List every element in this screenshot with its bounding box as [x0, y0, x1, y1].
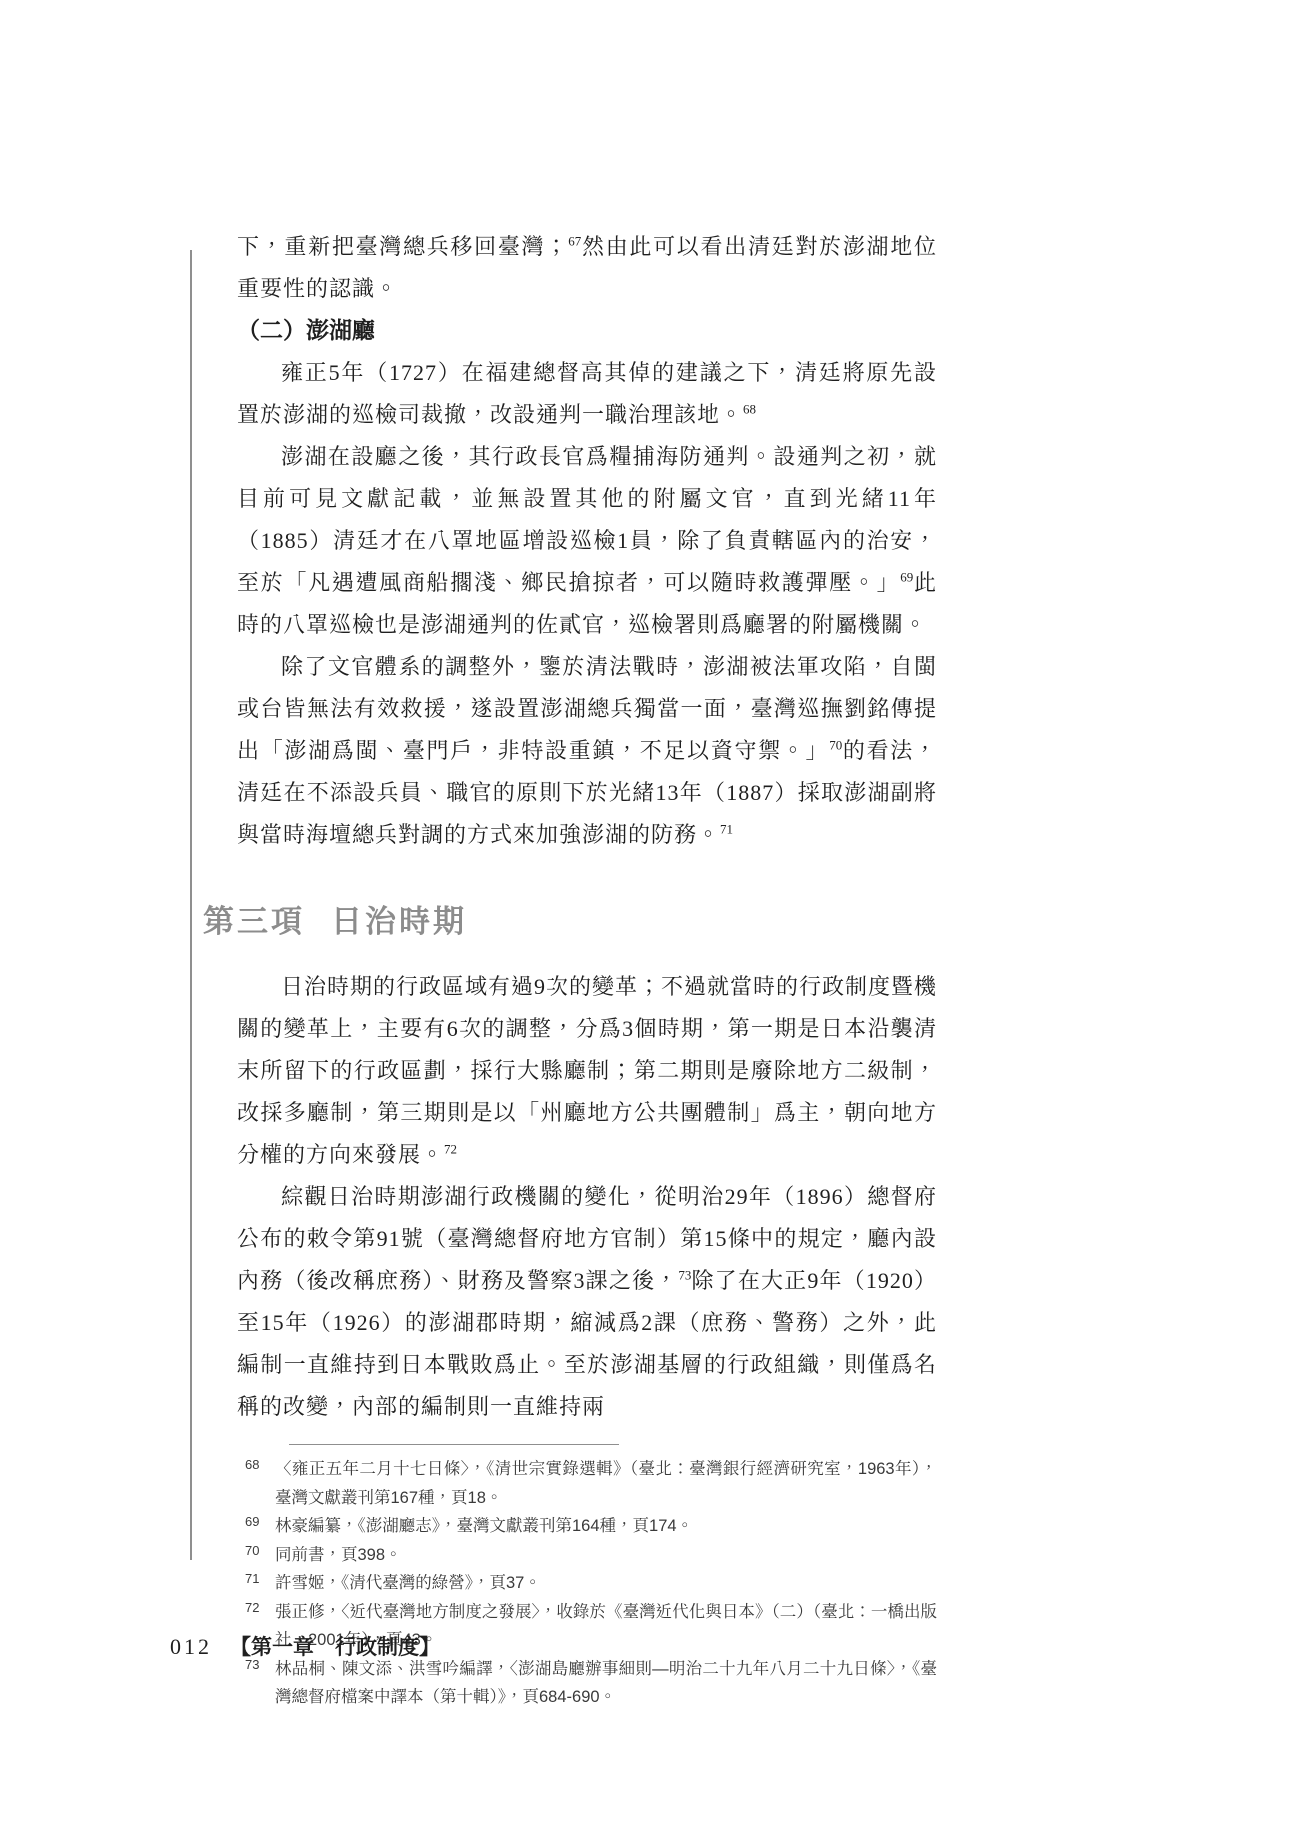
footnote-ref: 69: [900, 570, 913, 585]
book-page: 下，重新把臺灣總兵移回臺灣；67然由此可以看出清廷對於澎湖地位重要性的認識。（二…: [0, 0, 1300, 1838]
body-paragraph: 雍正5年（1727）在福建總督高其倬的建議之下，清廷將原先設置於澎湖的巡檢司裁撤…: [237, 352, 937, 436]
footnote-text: 〈雍正五年二月十七日條〉，《清世宗實錄選輯》（臺北：臺灣銀行經濟研究室，1963…: [275, 1460, 937, 1507]
footnote-text: 林品桐、陳文添、洪雪吟編譯，〈澎湖島廳辦事細則—明治二十九年八月二十九日條〉，《…: [275, 1660, 937, 1707]
footnote-text: 同前書，頁398。: [275, 1546, 402, 1564]
footnote: 68〈雍正五年二月十七日條〉，《清世宗實錄選輯》（臺北：臺灣銀行經濟研究室，19…: [245, 1455, 937, 1512]
footnote-ref: 71: [720, 822, 733, 837]
footnote-number: 72: [245, 1594, 259, 1623]
subsection-heading: （二）澎湖廳: [237, 310, 937, 352]
qing-section: 下，重新把臺灣總兵移回臺灣；67然由此可以看出清廷對於澎湖地位重要性的認識。（二…: [237, 226, 937, 856]
footnote-list: 68〈雍正五年二月十七日條〉，《清世宗實錄選輯》（臺北：臺灣銀行經濟研究室，19…: [245, 1455, 937, 1712]
footnote-ref: 67: [568, 234, 581, 249]
body-paragraph: 除了文官體系的調整外，鑒於清法戰時，澎湖被法軍攻陷，自閩或台皆無法有效救援，遂設…: [237, 646, 937, 856]
section-heading-title: 日治時期: [331, 904, 467, 939]
footnote-text: 林豪編纂，《澎湖廳志》，臺灣文獻叢刊第164種，頁174。: [275, 1517, 693, 1535]
footnote-ref: 68: [743, 402, 756, 417]
body-paragraph: 澎湖在設廳之後，其行政長官爲糧捕海防通判。設通判之初，就目前可見文獻記載，並無設…: [237, 436, 937, 646]
page-number: 012: [170, 1634, 212, 1659]
footnote: 70同前書，頁398。: [245, 1541, 937, 1570]
page-footer: 012【第一章 行政制度】: [170, 1632, 440, 1662]
footnote: 71許雪姬，《清代臺灣的綠營》，頁37。: [245, 1569, 937, 1598]
body-paragraph: 綜觀日治時期澎湖行政機關的變化，從明治29年（1896）總督府公布的敕令第91號…: [237, 1176, 937, 1428]
footnote-number: 71: [245, 1565, 259, 1594]
footnote-ref: 73: [678, 1268, 691, 1283]
margin-rule: [190, 250, 192, 1560]
body-paragraph: 下，重新把臺灣總兵移回臺灣；67然由此可以看出清廷對於澎湖地位重要性的認識。: [237, 226, 937, 310]
footnote-number: 69: [245, 1508, 259, 1537]
chapter-title: 【第一章 行政制度】: [230, 1635, 440, 1659]
footnote-separator: [289, 1444, 619, 1445]
body-paragraph: 日治時期的行政區域有過9次的變革；不過就當時的行政制度暨機關的變革上，主要有6次…: [237, 966, 937, 1176]
footnote: 69林豪編纂，《澎湖廳志》，臺灣文獻叢刊第164種，頁174。: [245, 1512, 937, 1541]
main-text-column: 下，重新把臺灣總兵移回臺灣；67然由此可以看出清廷對於澎湖地位重要性的認識。（二…: [237, 226, 937, 1712]
footnote-number: 68: [245, 1451, 259, 1480]
footnote-text: 許雪姬，《清代臺灣的綠營》，頁37。: [275, 1574, 541, 1592]
footnote-ref: 70: [829, 738, 842, 753]
section-heading-label: 第三項: [203, 904, 305, 939]
footnote-number: 70: [245, 1537, 259, 1566]
japanese-section: 日治時期的行政區域有過9次的變革；不過就當時的行政制度暨機關的變革上，主要有6次…: [237, 966, 937, 1428]
footnote-ref: 72: [444, 1142, 457, 1157]
section-heading: 第三項日治時期: [203, 900, 937, 944]
footnote: 73林品桐、陳文添、洪雪吟編譯，〈澎湖島廳辦事細則—明治二十九年八月二十九日條〉…: [245, 1655, 937, 1712]
